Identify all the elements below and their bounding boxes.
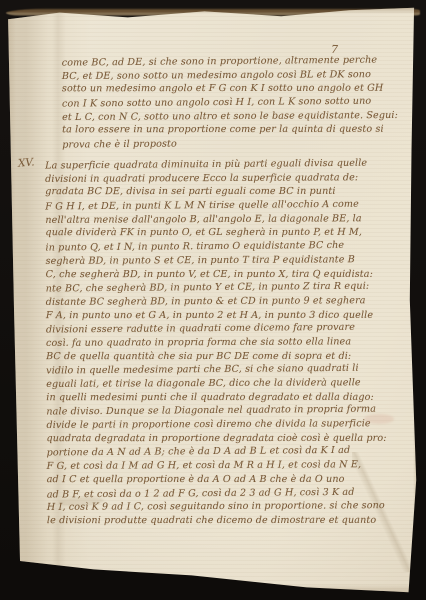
manuscript-line: eguali lati, et tirise la diagonale BC, …	[46, 376, 386, 391]
manuscript-paragraph-2: La superficie quadrata diminuita in più …	[45, 157, 387, 528]
manuscript-line: le divisioni produtte quadrati che dicem…	[47, 514, 387, 528]
page-corner-fold	[352, 452, 412, 572]
bleedthrough-mark	[364, 414, 394, 424]
manuscript-line: F G, et così da I M ad G H, et così da M…	[47, 458, 387, 473]
manuscript-line: prova che è il proposto	[62, 136, 398, 153]
manuscript-line: ad I C et quella proportione è da A O ad…	[47, 473, 387, 487]
manuscript-line: segherà BD, in punto S et CE, in punto T…	[46, 253, 386, 268]
photo-background: 7 XV. come BC, ad DE, si che sono in pro…	[0, 0, 426, 600]
manuscript-page: 7 XV. come BC, ad DE, si che sono in pro…	[0, 0, 426, 600]
manuscript-line: divide le parti in proportione così dire…	[46, 417, 386, 432]
manuscript-line: distante BC segherà BD, in punto & et CD…	[46, 294, 386, 309]
manuscript-paragraph-1: come BC, ad DE, si che sono in proportio…	[62, 54, 398, 152]
manuscript-line: così. fa uno quadrato in propria forma c…	[46, 335, 386, 350]
margin-section-label: XV.	[18, 156, 35, 169]
